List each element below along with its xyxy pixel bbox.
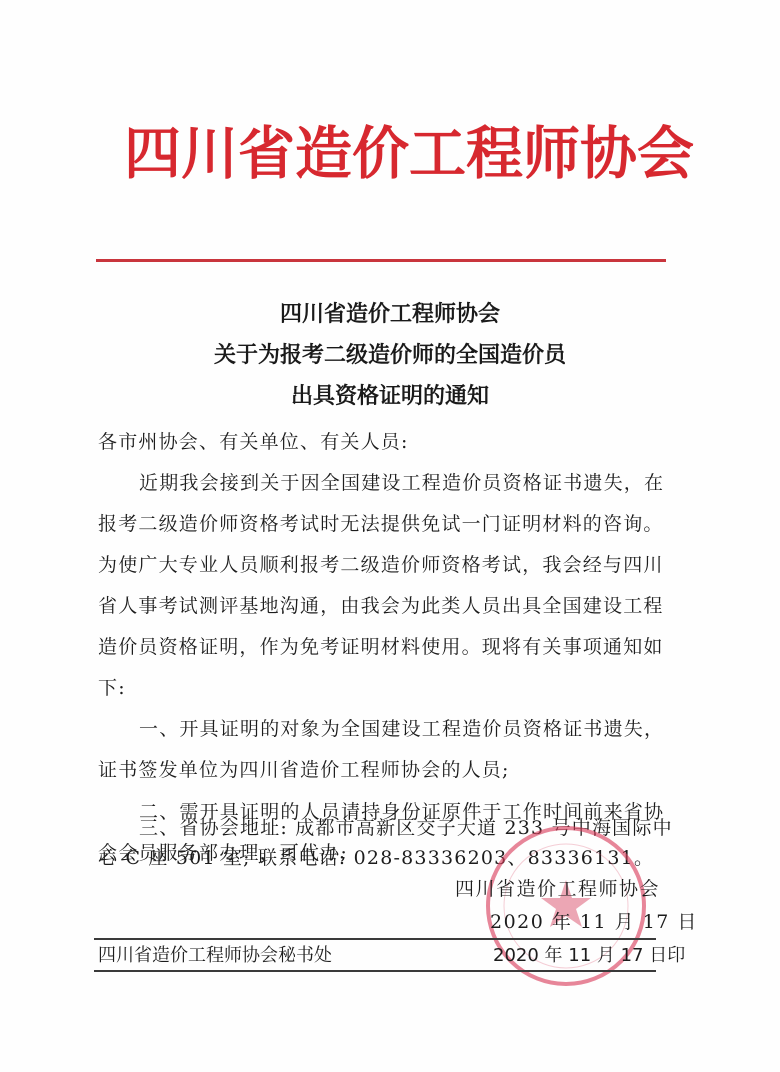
document-page: 四川省造价工程师协会 四川省造价工程师协会 关于为报考二级造价师的全国造价员 出… [0,0,780,1072]
signature-date: 2020 年 11 月 17 日 [490,909,698,935]
letterhead-title: 四川省造价工程师协会 [124,118,694,190]
intro-line: 近期我会接到关于因全国建设工程造价员资格证书遗失，在 [139,470,664,496]
item-1-line: 证书签发单位为四川省造价工程师协会的人员; [98,757,510,783]
item-3-line: 心 C 座 501 室; 联系电话: 028-83336203、83336131… [98,845,654,871]
intro-line: 造价员资格证明，作为免考证明材料使用。现将有关事项通知如 [98,634,664,660]
letterhead-red-rule [96,259,666,262]
footer-print-date: 2020 年 11 月 17 日印 [493,944,685,968]
intro-line: 下: [98,675,126,701]
intro-line: 省人事考试测评基地沟通，由我会为此类人员出具全国建设工程 [98,593,664,619]
footer-bottom-rule [94,970,656,972]
intro-line: 为使广大专业人员顺利报考二级造价师资格考试，我会经与四川 [98,552,664,578]
notice-title-line-3: 出具资格证明的通知 [0,382,780,412]
salutation: 各市州协会、有关单位、有关人员: [98,429,409,455]
notice-title-line-2: 关于为报考二级造价师的全国造价员 [0,341,780,371]
signature-org: 四川省造价工程师协会 [455,876,660,902]
item-3-line: 三、省协会地址: 成都市高新区交子大道 233 号中海国际中 [139,815,673,841]
notice-title-line-1: 四川省造价工程师协会 [0,300,780,330]
item-1-line: 一、开具证明的对象为全国建设工程造价员资格证书遗失， [139,716,664,742]
footer-issuer: 四川省造价工程师协会秘书处 [98,944,332,968]
footer-top-rule [94,938,656,940]
intro-line: 报考二级造价师资格考试时无法提供免试一门证明材料的咨询。 [98,511,664,537]
